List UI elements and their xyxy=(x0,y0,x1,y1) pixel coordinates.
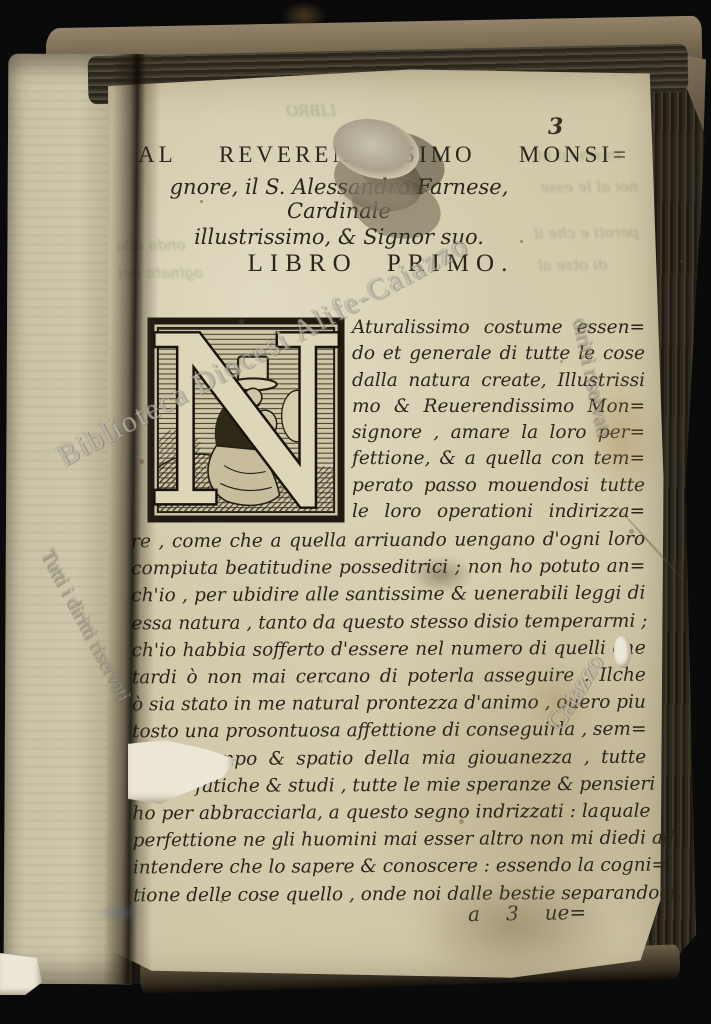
body-line: essa natura , tanto da questo stesso dis… xyxy=(131,607,645,637)
signature-number: 3 xyxy=(506,901,519,925)
signature-letter: a xyxy=(468,902,480,926)
body-line: re , come che a quella arriuando uengano… xyxy=(131,526,645,556)
foxing-spots xyxy=(200,200,203,203)
body-line: ch'io habbia sofferto d'essere nel numer… xyxy=(132,634,646,664)
catchword: ue= xyxy=(544,900,586,925)
body-line: Aturalissimo costume essen= xyxy=(352,315,645,341)
gutter-shadow xyxy=(103,54,161,984)
body-line: ch'io , per ubidire alle santissime & ue… xyxy=(131,580,645,610)
paper-tear-small xyxy=(614,636,631,668)
body-line: compiuta beatitudine posseditrici ; non … xyxy=(131,553,645,583)
dedication-line: gnore, il S. Alessandro Farnese, Cardina… xyxy=(138,175,540,223)
dedication-line: illustrissimo, & Signor suo. xyxy=(138,225,540,249)
ghost-line: di otse al xyxy=(538,256,607,275)
body-line: perfettione ne gli huomini mai esser alt… xyxy=(133,825,647,855)
dedication-line-caps: AL REVERENDISSIMO MONSI= xyxy=(138,142,630,168)
book-photo: LIBRO mismo d ut noi al le esse peroti e… xyxy=(0,0,711,1024)
signature-line: a 3 ue= xyxy=(468,900,587,926)
body-line: perato passo mouendosi tutte xyxy=(352,473,645,499)
body-line: intendere che lo sapere & conoscere : es… xyxy=(133,852,647,882)
ghost-line: LIBRO xyxy=(286,102,337,120)
body-line: ho per abbracciarla, a questo segno indr… xyxy=(132,798,646,828)
paper-scrap-bottom-left xyxy=(0,953,42,995)
body-line: fettione, & a quella con tem= xyxy=(352,446,645,472)
body-line: le loro operationi indirizza= xyxy=(352,499,645,525)
dedication-heading: AL REVERENDISSIMO MONSI= gnore, il S. Al… xyxy=(138,142,630,249)
page-number: 3 xyxy=(548,114,563,140)
